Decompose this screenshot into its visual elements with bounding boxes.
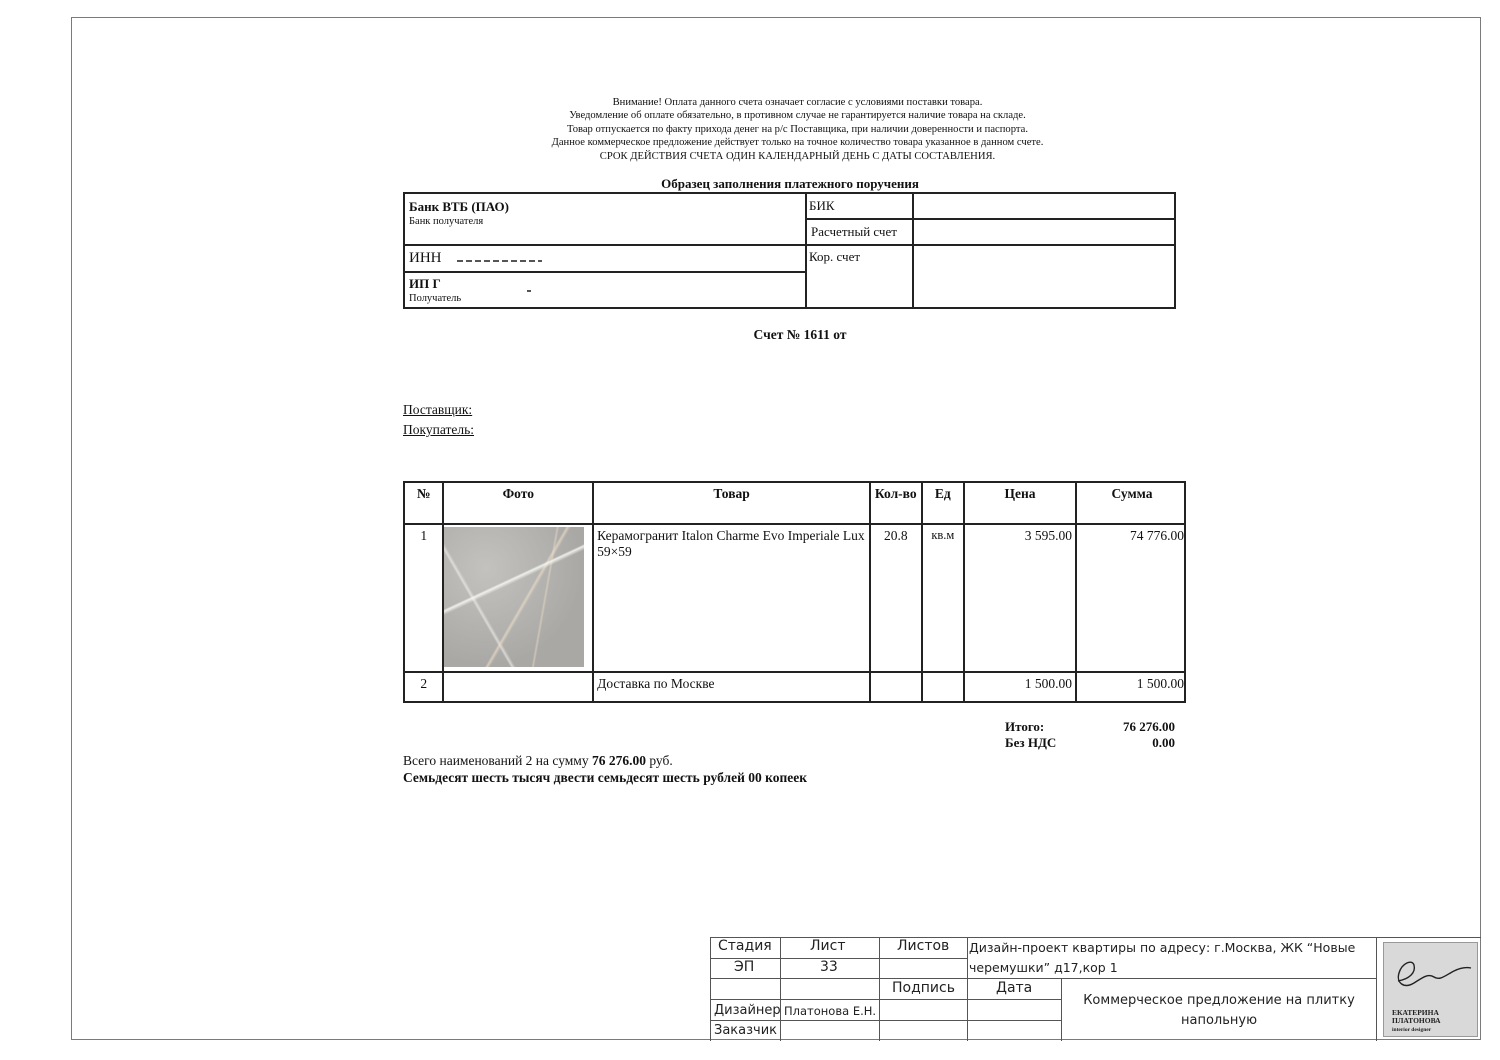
summary-prefix: Всего наименований 2 на сумму <box>403 753 592 768</box>
cell-qty: 20.8 <box>870 524 921 672</box>
table-row: 1 Керамогранит Italon Charme Evo Imperia… <box>404 524 1185 672</box>
header-qty: Кол-во <box>870 482 921 524</box>
stage-label: Стадия <box>718 938 772 954</box>
signature-icon <box>1384 943 1479 1003</box>
divider <box>710 937 711 1041</box>
logo-subtitle: interior designer <box>1392 1027 1431 1033</box>
vat-value: 0.00 <box>1152 735 1175 751</box>
summary-block: Всего наименований 2 на сумму 76 276.00 … <box>403 752 807 786</box>
summary-amount: 76 276.00 <box>592 753 646 768</box>
sheet-value: 33 <box>820 959 838 975</box>
divider <box>805 218 1174 220</box>
inn-label: ИНН <box>409 250 442 267</box>
corr-account-label: Кор. счет <box>809 249 860 265</box>
cell-unit: кв.м <box>922 524 965 672</box>
payment-notice: Внимание! Оплата данного счета означает … <box>400 96 1195 163</box>
items-table: № Фото Товар Кол-во Ед Цена Сумма 1 Кера… <box>403 481 1186 703</box>
vat-label: Без НДС <box>1005 735 1056 751</box>
sheet-title-line1: Коммерческое предложение на плитку <box>1062 993 1376 1008</box>
sheets-label: Листов <box>897 938 949 954</box>
project-address-line1: Дизайн-проект квартиры по адресу: г.Моск… <box>969 940 1355 955</box>
designer-logo: ЕКАТЕРИНА ПЛАТОНОВА interior designer <box>1383 942 1478 1037</box>
cell-price: 3 595.00 <box>964 524 1076 672</box>
divider <box>805 194 807 307</box>
notice-line: Товар отпускается по факту прихода денег… <box>400 123 1195 136</box>
total-label: Итого: <box>1005 719 1044 735</box>
sheet-title-line2: напольную <box>1062 1013 1376 1028</box>
client-label: Заказчик <box>714 1023 777 1038</box>
divider <box>879 937 880 1041</box>
cell-name: Доставка по Москве <box>593 672 870 702</box>
notice-line: СРОК ДЕЙСТВИЯ СЧЕТА ОДИН КАЛЕНДАРНЫЙ ДЕН… <box>400 150 1195 163</box>
divider <box>405 271 807 273</box>
cell-sum: 74 776.00 <box>1076 524 1185 672</box>
totals-block: Итого: 76 276.00 Без НДС 0.00 <box>1005 719 1175 751</box>
summary-suffix: руб. <box>646 753 673 768</box>
logo-name: ЕКАТЕРИНА ПЛАТОНОВА <box>1392 1009 1441 1025</box>
notice-line: Уведомление об оплате обязательно, в про… <box>400 109 1195 122</box>
marble-tile-image <box>444 527 584 667</box>
divider <box>967 937 968 1041</box>
cell-photo <box>443 524 593 672</box>
header-photo: Фото <box>443 482 593 524</box>
sheet-label: Лист <box>810 938 845 954</box>
notice-line: Внимание! Оплата данного счета означает … <box>400 96 1195 109</box>
header-unit: Ед <box>922 482 965 524</box>
cell-num: 1 <box>404 524 443 672</box>
signature-label: Подпись <box>892 980 955 996</box>
supplier-label: Поставщик: <box>403 402 472 418</box>
summary-line: Всего наименований 2 на сумму 76 276.00 … <box>403 752 807 769</box>
designer-name: Платонова Е.Н. <box>784 1004 876 1018</box>
date-label: Дата <box>996 980 1032 996</box>
notice-line: Данное коммерческое предложение действуе… <box>400 136 1195 149</box>
divider <box>710 978 1376 979</box>
table-row: 2 Доставка по Москве 1 500.00 1 500.00 <box>404 672 1185 702</box>
table-header-row: № Фото Товар Кол-во Ед Цена Сумма <box>404 482 1185 524</box>
header-name: Товар <box>593 482 870 524</box>
total-value: 76 276.00 <box>1123 719 1175 735</box>
divider <box>1376 937 1377 1041</box>
cell-price: 1 500.00 <box>964 672 1076 702</box>
designer-label: Дизайнер <box>714 1003 781 1018</box>
amount-in-words: Семьдесят шесть тысяч двести семьдесят ш… <box>403 769 807 786</box>
cell-name: Керамогранит Italon Charme Evo Imperiale… <box>593 524 870 672</box>
divider <box>405 244 1174 246</box>
account-label: Расчетный счет <box>811 224 897 240</box>
bank-name: Банк ВТБ (ПАО) <box>409 199 509 215</box>
logo-name-line2: ПЛАТОНОВА <box>1392 1017 1441 1025</box>
cell-qty <box>870 672 921 702</box>
divider <box>912 194 914 307</box>
cell-unit <box>922 672 965 702</box>
bank-label: Банк получателя <box>409 216 483 227</box>
payment-sample-title: Образец заполнения платежного поручения <box>400 176 1180 192</box>
bik-label: БИК <box>809 198 835 214</box>
redacted-inn <box>457 260 542 262</box>
recipient-label: Получатель <box>409 293 461 304</box>
header-num: № <box>404 482 443 524</box>
bank-details-table: Банк ВТБ (ПАО) Банк получателя ИНН ИП Г … <box>403 192 1176 309</box>
recipient-name: ИП Г <box>409 276 441 292</box>
cell-num: 2 <box>404 672 443 702</box>
divider <box>1061 978 1062 1041</box>
cell-photo <box>443 672 593 702</box>
buyer-label: Покупатель: <box>403 422 474 438</box>
divider <box>710 999 1061 1000</box>
title-block: Стадия Лист Листов ЭП 33 Подпись Дата Ди… <box>710 937 1481 1041</box>
header-sum: Сумма <box>1076 482 1185 524</box>
cell-sum: 1 500.00 <box>1076 672 1185 702</box>
invoice-title: Счет № 1611 от <box>400 327 1200 343</box>
stage-value: ЭП <box>734 959 754 975</box>
project-address-line2: черемушки” д17,кор 1 <box>969 960 1118 975</box>
header-price: Цена <box>964 482 1076 524</box>
divider <box>780 937 781 1041</box>
redacted-mark <box>527 290 531 292</box>
divider <box>710 1020 1061 1021</box>
